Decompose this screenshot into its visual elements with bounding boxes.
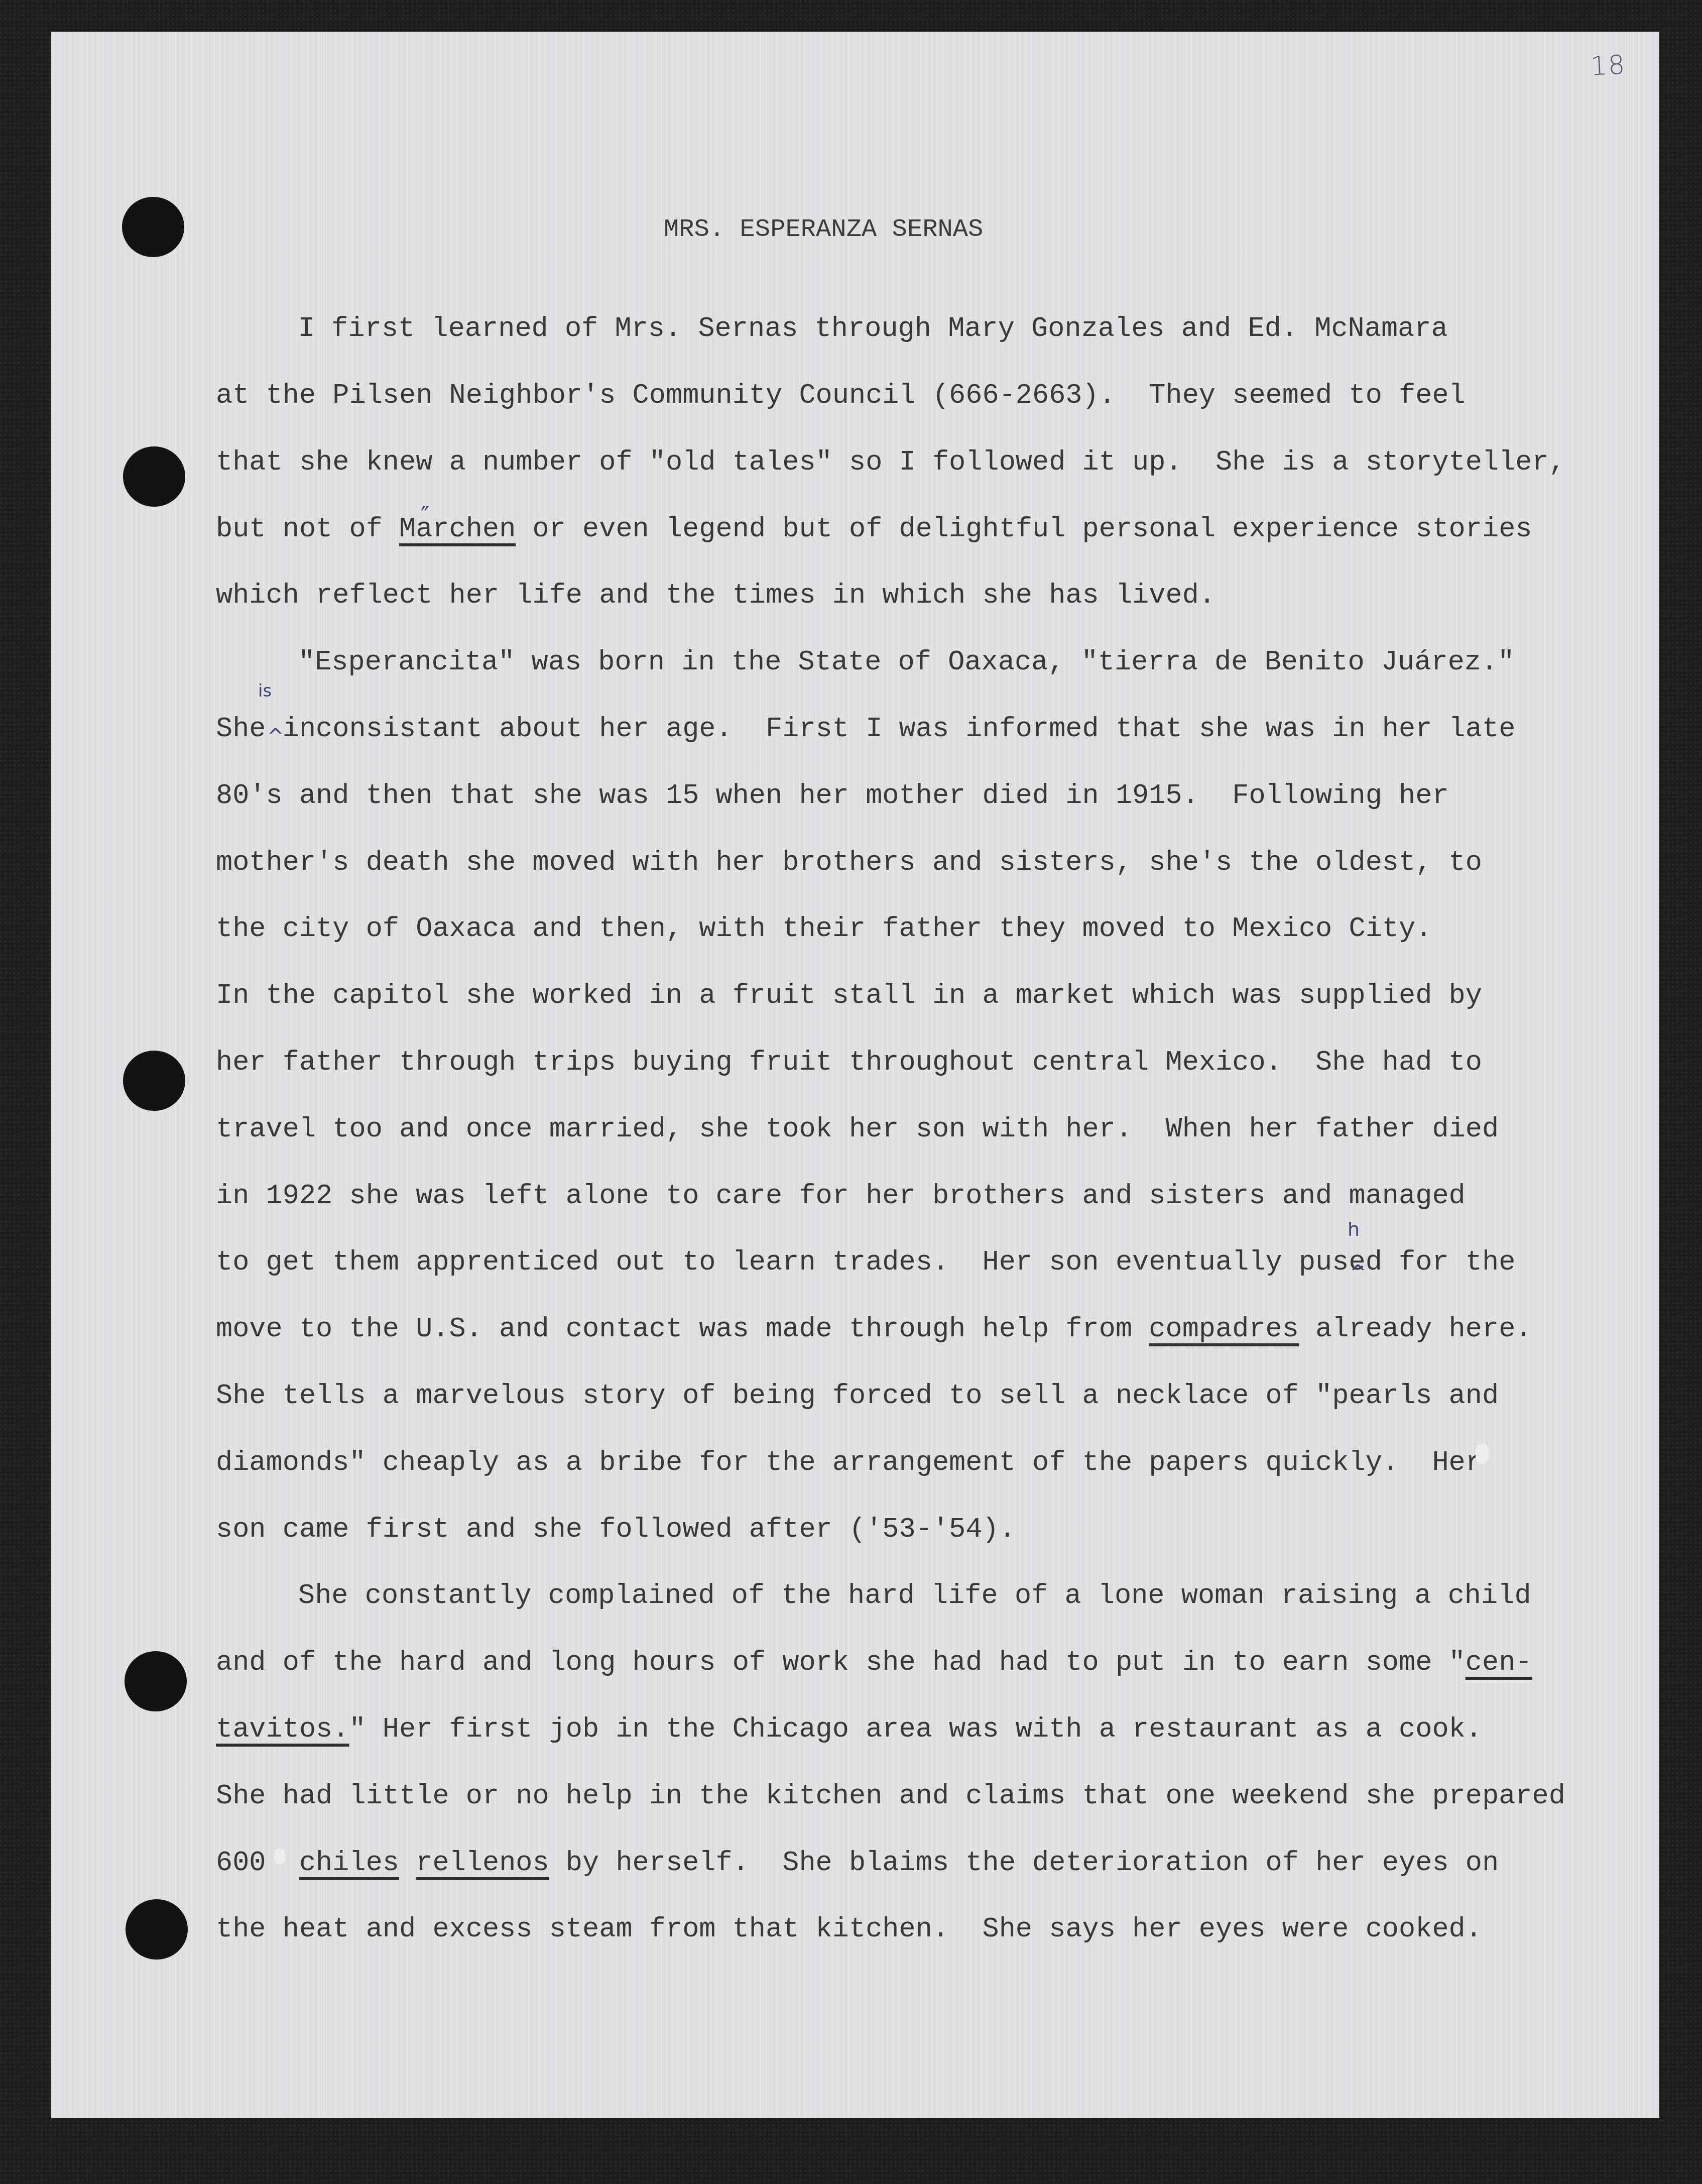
text-segment: the city of Oaxaca and then, with their … <box>216 913 1432 945</box>
punch-hole-icon <box>125 1651 187 1711</box>
text-line: She inconsistant about her age. First I … <box>216 715 1515 743</box>
text-line: "Esperancita" was born in the State of O… <box>298 648 1514 676</box>
text-segment: to get them apprenticed out to learn tra… <box>216 1246 1515 1278</box>
text-segment: and of the hard and long hours of work s… <box>216 1647 1466 1678</box>
underlined-term: rellenos <box>416 1847 549 1879</box>
text-line: I first learned of Mrs. Sernas through M… <box>298 315 1448 342</box>
underlined-term: chiles <box>299 1847 399 1879</box>
underlined-term: cen- <box>1466 1647 1532 1678</box>
text-line: to get them apprenticed out to learn tra… <box>216 1248 1515 1276</box>
text-line: son came first and she followed after ('… <box>216 1516 1016 1543</box>
text-line: She had little or no help in the kitchen… <box>216 1782 1565 1810</box>
text-segment: in 1922 she was left alone to care for h… <box>216 1180 1466 1212</box>
punch-hole-icon <box>126 1899 188 1960</box>
page-number: 18 <box>1590 52 1627 80</box>
text-segment: She inconsistant about her age. First I … <box>216 713 1515 745</box>
text-segment: at the Pilsen Neighbor's Community Counc… <box>216 380 1466 411</box>
text-segment: the heat and excess steam from that kitc… <box>216 1913 1482 1945</box>
text-line: and of the hard and long hours of work s… <box>216 1649 1532 1676</box>
text-line: which reflect her life and the times in … <box>216 582 1215 609</box>
text-segment: already here. <box>1299 1313 1532 1345</box>
text-line: 80's and then that she was 15 when her m… <box>216 782 1449 810</box>
text-segment: I first learned of Mrs. Sernas through M… <box>298 313 1448 344</box>
text-segment: "Esperancita" was born in the State of O… <box>298 646 1514 678</box>
text-segment: but not of <box>216 513 399 545</box>
text-segment: She had little or no help in the kitchen… <box>216 1780 1565 1812</box>
text-segment: move to the U.S. and contact was made th… <box>216 1313 1149 1345</box>
text-segment <box>399 1847 416 1879</box>
text-line: the city of Oaxaca and then, with their … <box>216 915 1432 943</box>
underlined-term: compadres <box>1149 1313 1299 1345</box>
text-segment: " Her first job in the Chicago area was … <box>349 1713 1482 1745</box>
caret-icon: ^ <box>1350 1263 1367 1283</box>
text-line: 600 chiles rellenos by herself. She blai… <box>216 1849 1499 1877</box>
text-segment: which reflect her life and the times in … <box>216 580 1215 611</box>
caret-icon: ^ <box>267 727 284 747</box>
text-line: In the capitol she worked in a fruit sta… <box>216 982 1482 1009</box>
text-segment: 600 <box>216 1847 299 1879</box>
text-line: that she knew a number of "old tales" so… <box>216 448 1565 476</box>
text-line: at the Pilsen Neighbor's Community Counc… <box>216 382 1466 409</box>
handwritten-insert-is: is <box>258 682 272 700</box>
text-segment: diamonds" cheaply as a bribe for the arr… <box>216 1447 1482 1478</box>
underlined-term: tavitos. <box>216 1713 349 1745</box>
text-segment: by herself. She blaims the deterioration… <box>549 1847 1499 1879</box>
text-line: travel too and once married, she took he… <box>216 1115 1499 1143</box>
text-segment: She constantly complained of the hard li… <box>298 1580 1531 1612</box>
document-page: 18 MRS. ESPERANZA SERNAS I first learned… <box>51 32 1659 2118</box>
handwritten-insert-h: h <box>1348 1220 1360 1239</box>
text-segment: that she knew a number of "old tales" so… <box>216 446 1565 478</box>
text-line: move to the U.S. and contact was made th… <box>216 1315 1532 1343</box>
text-line: but not of Marchen or even legend but of… <box>216 515 1532 543</box>
correction-fluid-mark <box>274 1849 285 1865</box>
text-line: her father through trips buying fruit th… <box>216 1049 1482 1076</box>
text-segment: 80's and then that she was 15 when her m… <box>216 780 1449 812</box>
text-segment: mother's death she moved with her brothe… <box>216 847 1482 878</box>
text-segment: her father through trips buying fruit th… <box>216 1047 1482 1078</box>
text-line: tavitos." Her first job in the Chicago a… <box>216 1715 1482 1743</box>
handwritten-umlaut: ″ <box>421 504 429 527</box>
text-line: She constantly complained of the hard li… <box>298 1582 1531 1610</box>
text-segment: In the capitol she worked in a fruit sta… <box>216 980 1482 1011</box>
text-line: diamonds" cheaply as a bribe for the arr… <box>216 1449 1482 1476</box>
punch-hole-icon <box>123 1051 185 1111</box>
text-line: in 1922 she was left alone to care for h… <box>216 1182 1466 1210</box>
punch-hole-icon <box>122 197 184 257</box>
text-segment: travel too and once married, she took he… <box>216 1113 1499 1145</box>
text-line: She tells a marvelous story of being for… <box>216 1382 1499 1410</box>
punch-hole-icon <box>123 446 185 507</box>
correction-fluid-mark <box>1476 1444 1489 1464</box>
text-segment: son came first and she followed after ('… <box>216 1514 1016 1545</box>
text-segment: She tells a marvelous story of being for… <box>216 1380 1499 1412</box>
page-title: MRS. ESPERANZA SERNAS <box>664 217 983 243</box>
text-line: the heat and excess steam from that kitc… <box>216 1915 1482 1943</box>
text-line: mother's death she moved with her brothe… <box>216 849 1482 876</box>
underlined-term: Marchen <box>399 513 516 545</box>
text-segment: or even legend but of delightful persona… <box>516 513 1532 545</box>
